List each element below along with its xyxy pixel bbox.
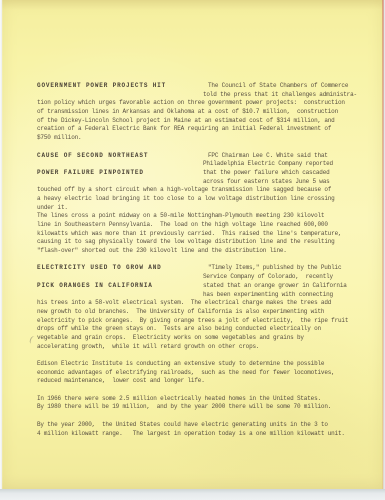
intro-line: FPC Chairman Lee C. White said that	[203, 152, 357, 161]
page-edge-shadow	[382, 0, 384, 489]
body-line: kilowatts which was more than it previou…	[37, 230, 357, 239]
section-electricity-oranges: ELECTRICITY USED TO GROW ANDPICK ORANGES…	[37, 264, 357, 351]
body-line: a heavy electric load bringing it too cl…	[37, 195, 357, 204]
intro-line: Service Company of Colorado, recently	[203, 273, 357, 282]
body-line: of transmission lines in Arkansas and Ok…	[37, 108, 357, 117]
section-government-power-projects: GOVERNMENT POWER PROJECTS HIT The Counci…	[37, 82, 357, 143]
body-line: causing it to sag physically toward the …	[37, 238, 357, 247]
scanned-page: GOVERNMENT POWER PROJECTS HIT The Counci…	[0, 0, 385, 500]
section-body: his trees into a 58-volt electrical syst…	[37, 299, 357, 351]
body-line: The lines cross a point midway on a 50-m…	[37, 212, 357, 221]
body-line: By 1980 there will be 19 million, and by…	[37, 403, 357, 412]
body-line: Edison Electric Institute is conducting …	[37, 360, 357, 369]
body-line: creation of a Federal Electric Bank for …	[37, 125, 357, 134]
body-line: tion policy which urges favorable action…	[37, 99, 357, 108]
section-heading: GOVERNMENT POWER PROJECTS HIT	[37, 82, 166, 91]
heading-line: PICK ORANGES IN CALIFORNIA	[37, 282, 162, 291]
section-heading: ELECTRICITY USED TO GROW ANDPICK ORANGES…	[37, 264, 162, 290]
typewritten-text: GOVERNMENT POWER PROJECTS HIT The Counci…	[37, 82, 357, 447]
heading-line: GOVERNMENT POWER PROJECTS HIT	[37, 82, 166, 91]
body-line: line in Southeastern Pennsylvania. The l…	[37, 221, 357, 230]
section-body: touched off by a short circuit when a hi…	[37, 186, 357, 256]
section-header-row: CAUSE OF SECOND NORTHEASTPOWER FAILURE P…	[37, 152, 357, 187]
body-line: 4 million kilowatt range. The largest in…	[37, 430, 357, 439]
intro-line: Philadelphia Electric Company reported	[203, 160, 357, 169]
body-line: $750 million.	[37, 134, 357, 143]
intro-line: told the press that it challenges admini…	[203, 91, 357, 100]
intro-line: The Council of State Chambers of Commerc…	[203, 82, 357, 91]
scan-edge-left	[0, 0, 3, 500]
paragraph-generating-units: By the year 2000, the United States coul…	[37, 421, 357, 438]
body-line: of the Dickey-Lincoln School project in …	[37, 117, 357, 126]
scan-background-strip	[0, 489, 385, 500]
body-line: vegetable and grain crops. Electricity w…	[37, 334, 357, 343]
body-line: his trees into a 58-volt electrical syst…	[37, 299, 357, 308]
body-line: By the year 2000, the United States coul…	[37, 421, 357, 430]
body-line: "flash-over" shorted out the 230 kilovol…	[37, 247, 357, 256]
body-line: new growth to old branches. The Universi…	[37, 308, 357, 317]
body-line: economic advantages of electrifying rail…	[37, 369, 357, 378]
section-header-row: ELECTRICITY USED TO GROW ANDPICK ORANGES…	[37, 264, 357, 299]
heading-line: ELECTRICITY USED TO GROW AND	[37, 264, 162, 273]
intro-line: that the power failure which cascaded	[203, 169, 357, 178]
body-line: accelerating growth, while it will retar…	[37, 343, 357, 352]
body-line: drops off while the green stays on. Test…	[37, 325, 357, 334]
paragraph-edison-institute: Edison Electric Institute is conducting …	[37, 360, 357, 386]
body-line: reduced maintenance, lower cost and long…	[37, 377, 357, 386]
section-intro-column: FPC Chairman Lee C. White said thatPhila…	[203, 152, 357, 187]
intro-line: stated that an orange grower in Californ…	[203, 282, 357, 291]
intro-line: across four eastern states June 5 was	[203, 178, 357, 187]
intro-line: "Timely Items," published by the Public	[203, 264, 357, 273]
body-line: electricity to pick oranges. By giving o…	[37, 317, 357, 326]
body-line: under it.	[37, 204, 357, 213]
section-heading: CAUSE OF SECOND NORTHEASTPOWER FAILURE P…	[37, 152, 148, 178]
section-intro-column: "Timely Items," published by the PublicS…	[203, 264, 357, 299]
heading-line: POWER FAILURE PINPOINTED	[37, 169, 148, 178]
section-intro-column: The Council of State Chambers of Commerc…	[203, 82, 357, 99]
section-northeast-power-failure: CAUSE OF SECOND NORTHEASTPOWER FAILURE P…	[37, 152, 357, 256]
paragraph-heated-homes: In 1966 there were some 2.5 million elec…	[37, 395, 357, 412]
section-body: tion policy which urges favorable action…	[37, 99, 357, 142]
section-header-row: GOVERNMENT POWER PROJECTS HIT The Counci…	[37, 82, 357, 99]
intro-line: has been experimenting with connecting	[203, 291, 357, 300]
heading-line: CAUSE OF SECOND NORTHEAST	[37, 152, 148, 161]
body-line: In 1966 there were some 2.5 million elec…	[37, 395, 357, 404]
body-line: touched off by a short circuit when a hi…	[37, 186, 357, 195]
